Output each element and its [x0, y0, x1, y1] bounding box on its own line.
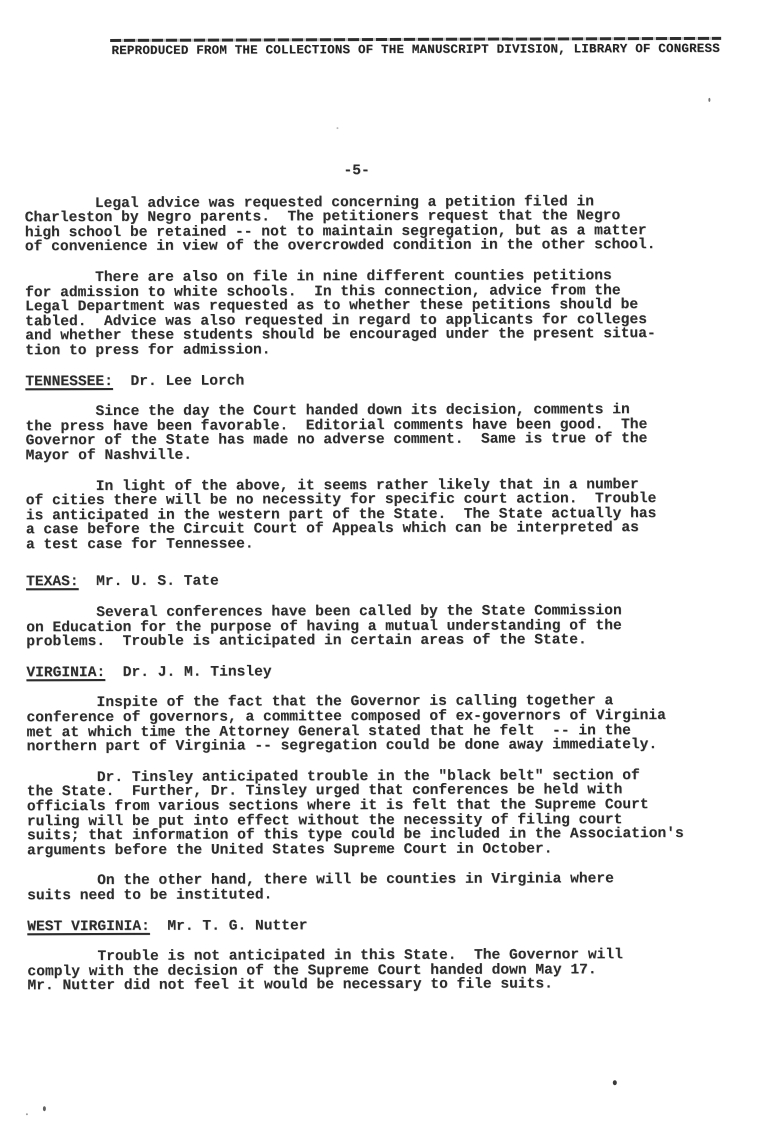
scan-speck — [336, 127, 338, 129]
section-heading: WEST VIRGINIA: Mr. T. G. Nutter — [27, 917, 749, 934]
document-body: -5- Legal advice was requested concernin… — [25, 163, 750, 1010]
page-number: -5- — [25, 163, 689, 180]
representative-name: Mr. U. S. Tate — [79, 574, 219, 590]
scan-speck — [43, 1106, 46, 1111]
section-heading: VIRGINIA: Dr. J. M. Tinsley — [26, 664, 748, 681]
paragraph: On the other hand, there will be countie… — [27, 872, 749, 904]
representative-name: Dr. Lee Lorch — [113, 373, 244, 389]
scan-speck — [26, 1113, 28, 1115]
paragraph: Several conferences have been called by … — [26, 604, 748, 650]
paragraph: Trouble is not anticipated in this State… — [27, 948, 749, 994]
state-name: VIRGINIA: — [26, 665, 105, 681]
representative-name: Mr. T. G. Nutter — [150, 918, 308, 935]
section-heading: TEXAS: Mr. U. S. Tate — [26, 573, 748, 590]
paragraph: Dr. Tinsley anticipated trouble in the "… — [27, 769, 749, 859]
representative-name: Dr. J. M. Tinsley — [105, 664, 271, 681]
scan-speck — [708, 98, 710, 102]
state-name: TEXAS: — [26, 575, 79, 591]
paragraph: Inspite of the fact that the Governor is… — [26, 694, 748, 755]
archive-stamp: REPRODUCED FROM THE COLLECTIONS OF THE M… — [108, 42, 723, 58]
section-heading: TENNESSEE: Dr. Lee Lorch — [25, 372, 747, 389]
paragraph: Legal advice was requested concerning a … — [25, 194, 747, 255]
scan-speck — [613, 1080, 617, 1085]
text-blocks: Legal advice was requested concerning a … — [25, 194, 750, 994]
state-name: TENNESSEE: — [25, 373, 113, 389]
paragraph: Since the day the Court handed down its … — [25, 403, 747, 464]
paragraph: There are also on file in nine different… — [25, 269, 747, 359]
scanned-sheet: REPRODUCED FROM THE COLLECTIONS OF THE M… — [0, 0, 768, 1128]
state-name: WEST VIRGINIA: — [27, 918, 150, 934]
document-page: REPRODUCED FROM THE COLLECTIONS OF THE M… — [0, 0, 768, 1128]
paragraph: In light of the above, it seems rather l… — [26, 477, 748, 552]
